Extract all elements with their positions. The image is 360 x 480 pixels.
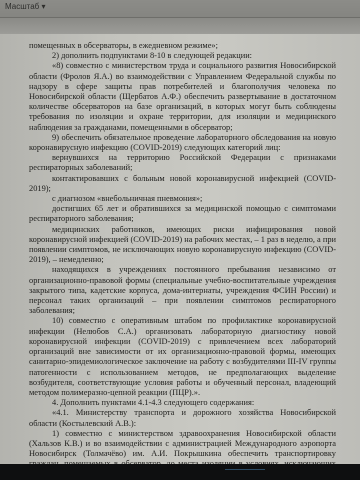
paragraph: 1) совместно с министерством здравоохран… — [29, 429, 336, 464]
paragraph: вернувшихся на территорию Российской Фед… — [29, 153, 336, 173]
screen-bottom-bezel — [0, 464, 360, 480]
paragraph: медицинских работников, имеющих риски ин… — [29, 225, 336, 266]
zoom-dropdown[interactable]: Масштаб ▾ — [5, 2, 45, 11]
paragraph: 9) обеспечить обязательное проведение ла… — [29, 133, 336, 153]
paragraph: 4. Дополнить пунктами 4.1-4.3 следующего… — [29, 398, 336, 408]
paragraph: «4.1. Министерству транспорта и дорожног… — [29, 408, 336, 428]
document-body: помещенных в обсерваторы, в ежедневном р… — [29, 34, 336, 464]
progress-indicator — [225, 469, 265, 470]
paragraph: с диагнозом «внебольничная пневмония»; — [29, 194, 336, 204]
viewer-toolbar: Масштаб ▾ — [0, 0, 360, 18]
paragraph: находящихся в учреждениях постоянного пр… — [29, 265, 336, 316]
paragraph: 2) дополнить подпунктами 8-10 в следующе… — [29, 51, 336, 61]
paragraph: «8) совместно с министерством труда и со… — [29, 61, 336, 132]
paragraph: 10) совместно с оперативным штабом по пр… — [29, 316, 336, 398]
page-gap — [0, 18, 360, 34]
paragraph: контактировавших с больным новой коронав… — [29, 174, 336, 194]
paragraph: достигших 65 лет и обратившихся за медиц… — [29, 204, 336, 224]
paragraph: помещенных в обсерваторы, в ежедневном р… — [29, 41, 336, 51]
document-page: помещенных в обсерваторы, в ежедневном р… — [0, 34, 360, 464]
